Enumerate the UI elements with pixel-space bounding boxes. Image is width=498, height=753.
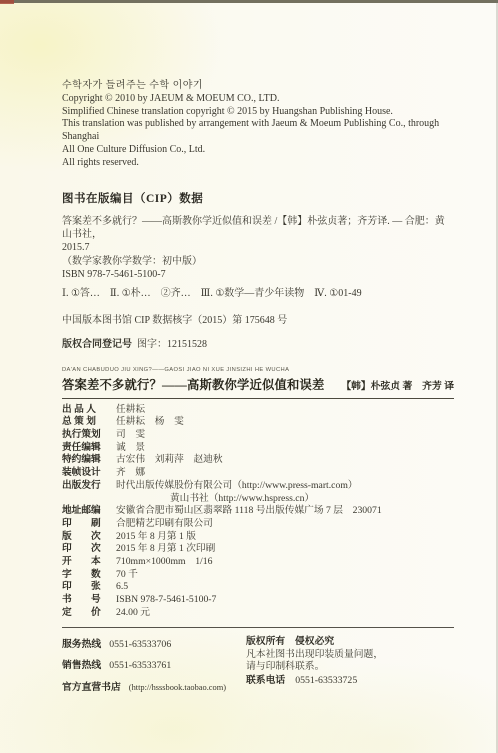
colophon-value: 6.5	[116, 581, 128, 594]
colophon-row: 责任编辑 诚 景	[62, 442, 454, 455]
colophon-label: 开 本	[62, 556, 116, 569]
registration-label: 版权合同登记号	[62, 339, 132, 350]
colophon-row: 开 本 710mm×1000mm 1/16	[62, 556, 454, 569]
colophon-row: 字 数 70 千	[62, 569, 454, 582]
colophon-row: 出 品 人 任耕耘	[62, 404, 454, 417]
colophon-value: 合肥精艺印刷有限公司	[116, 518, 213, 531]
title-bar: DA'AN CHABUDUO JIU XING?——GAOSI JIAO NI …	[62, 366, 454, 399]
copyright-registration: 版权合同登记号 图字：12151528	[62, 335, 454, 350]
hotline-value: 0551-63533706	[109, 639, 171, 650]
colophon-label: 版 次	[62, 531, 116, 544]
colophon-row: 定 价 24.00 元	[62, 607, 454, 620]
colophon-label: 印 刷	[62, 518, 116, 531]
korean-original-title: 수학자가 들려주는 수학 이야기	[62, 80, 454, 93]
footer-hotline-row: 服务热线 0551-63533706	[62, 636, 246, 650]
colophon-row: 出版发行 时代出版传媒股份有限公司（http://www.press-mart.…	[62, 480, 454, 505]
colophon-label: 装帧设计	[62, 467, 116, 480]
colophon-label: 总 策 划	[62, 416, 116, 429]
copyright-block: 수학자가 들려주는 수학 이야기 Copyright © 2010 by JAE…	[62, 80, 454, 170]
cip-line: 答案差不多就行？——高斯教你学近似值和误差 /【韩】朴弦贞著；齐芳译. — 合肥…	[62, 215, 454, 242]
notice-lines: 凡本社图书出现印装质量问题，请与印制科联系。	[246, 649, 383, 674]
colophon-value: 2015 年 8 月第 1 版	[116, 531, 196, 544]
colophon-label: 地址邮编	[62, 505, 116, 518]
colophon-value: 24.00 元	[116, 607, 150, 620]
cip-line: 2015.7	[62, 241, 454, 254]
cip-line: ISBN 978-7-5461-5100-7	[62, 268, 454, 281]
colophon-row: 印 刷 合肥精艺印刷有限公司	[62, 518, 454, 531]
colophon-value: ISBN 978-7-5461-5100-7	[116, 594, 216, 607]
registration-value: 图字：12151528	[137, 339, 207, 350]
footer: 服务热线 0551-63533706 销售热线 0551-63533761 官方…	[62, 636, 454, 701]
pinyin-title: DA'AN CHABUDUO JIU XING?——GAOSI JIAO NI …	[62, 366, 423, 372]
footer-hotline-row: 销售热线 0551-63533761	[62, 657, 246, 671]
footer-notice: 版权所有 侵权必究 凡本社图书出现印装质量问题，请与印制科联系。 联系电话055…	[246, 636, 383, 701]
colophon-label: 特约编辑	[62, 454, 116, 467]
hotline-value: (http://hsssbook.taobao.com)	[129, 683, 226, 692]
colophon-label: 出版发行	[62, 480, 116, 505]
hotline-label: 服务热线	[62, 636, 101, 650]
notice-line: 凡本社图书出现印装质量问题，	[246, 649, 383, 661]
title-divider	[62, 398, 454, 399]
notice-line: 请与印制科联系。	[246, 661, 383, 673]
colophon-label: 印 张	[62, 581, 116, 594]
colophon-row: 特约编辑 古宏伟 刘莉萍 赵迪秋	[62, 454, 454, 467]
colophon-row: 装帧设计 齐 娜	[62, 467, 454, 480]
colophon-label: 印 次	[62, 543, 116, 556]
colophon-value: 2015 年 8 月第 1 次印刷	[116, 543, 215, 556]
colophon-row: 总 策 划 任耕耘 杨 雯	[62, 416, 454, 429]
footer-hotline-row: 官方直营书店 (http://hsssbook.taobao.com)	[62, 679, 246, 693]
copyright-lines: Copyright © 2010 by JAEUM & MOEUM CO., L…	[62, 93, 454, 170]
colophon-value: 齐 娜	[116, 467, 145, 480]
colophon-label: 执行策划	[62, 429, 116, 442]
copyright-notice-title: 版权所有 侵权必究	[246, 636, 383, 648]
title-row: 答案差不多就行？——高斯教你学近似值和误差 【韩】朴弦贞 著 齐芳 译	[62, 375, 454, 393]
author-credit: 【韩】朴弦贞 著 齐芳 译	[341, 378, 454, 392]
contact-label: 联系电话	[246, 675, 285, 686]
cip-heading: 图书在版编目（CIP）数据	[62, 190, 454, 206]
colophon-value: 710mm×1000mm 1/16	[116, 556, 212, 569]
scan-edge-top	[0, 0, 498, 3]
colophon-value: 司 雯	[116, 429, 145, 442]
colophon-label: 字 数	[62, 569, 116, 582]
cip-classification: Ⅰ. ①答… Ⅱ. ①朴… ②齐… Ⅲ. ①数学—青少年读物 Ⅳ. ①01-49	[62, 287, 454, 300]
colophon-row: 地址邮编 安徽省合肥市蜀山区翡翠路 1118 号出版传媒广场 7 层 23007…	[62, 505, 454, 518]
colophon-row: 印 张 6.5	[62, 581, 454, 594]
page-content: 수학자가 들려주는 수학 이야기 Copyright © 2010 by JAE…	[62, 80, 454, 700]
hotline-label: 销售热线	[62, 657, 101, 671]
copyright-line: All One Culture Diffusion Co., Ltd.	[62, 144, 454, 157]
colophon-label: 责任编辑	[62, 442, 116, 455]
colophon-row: 印 次 2015 年 8 月第 1 次印刷	[62, 543, 454, 556]
scan-edge-red-mark	[0, 0, 14, 4]
cip-line: （数学家教你学数学：初中版）	[62, 255, 454, 268]
colophon-label: 书 号	[62, 594, 116, 607]
copyright-line: Simplified Chinese translation copyright…	[62, 106, 454, 119]
book-copyright-page: 수학자가 들려주는 수학 이야기 Copyright © 2010 by JAE…	[0, 0, 498, 753]
copyright-line: Copyright © 2010 by JAEUM & MOEUM CO., L…	[62, 93, 454, 106]
colophon-row: 版 次 2015 年 8 月第 1 版	[62, 531, 454, 544]
colophon-value: 任耕耘 杨 雯	[116, 416, 184, 429]
colophon-value: 安徽省合肥市蜀山区翡翠路 1118 号出版传媒广场 7 层 230071	[116, 505, 382, 518]
copyright-line: This translation was published by arrang…	[62, 118, 454, 144]
colophon-value: 任耕耘	[116, 404, 145, 417]
cip-block: 图书在版编目（CIP）数据 答案差不多就行？——高斯教你学近似值和误差 /【韩】…	[62, 190, 454, 350]
contact-value: 0551-63533725	[295, 675, 357, 686]
colophon-row: 执行策划 司 雯	[62, 429, 454, 442]
footer-hotlines: 服务热线 0551-63533706 销售热线 0551-63533761 官方…	[62, 636, 246, 701]
cip-record-number: 中国版本图书馆 CIP 数据核字（2015）第 175648 号	[62, 311, 454, 326]
colophon-value: 诚 景	[116, 442, 145, 455]
contact-row: 联系电话0551-63533725	[246, 675, 383, 687]
colophon-value: 时代出版传媒股份有限公司（http://www.press-mart.com）黄…	[116, 480, 358, 505]
colophon-value: 70 千	[116, 569, 138, 582]
colophon-row: 书 号 ISBN 978-7-5461-5100-7	[62, 594, 454, 607]
colophon-value: 古宏伟 刘莉萍 赵迪秋	[116, 454, 223, 467]
book-title: 答案差不多就行？——高斯教你学近似值和误差	[62, 375, 324, 393]
hotline-value: 0551-63533761	[109, 660, 171, 671]
colophon-label: 定 价	[62, 607, 116, 620]
colophon-table: 出 品 人 任耕耘 总 策 划 任耕耘 杨 雯 执行策划 司 雯 责任编辑 诚 …	[62, 404, 454, 620]
copyright-line: All rights reserved.	[62, 157, 454, 170]
hotline-label: 官方直营书店	[62, 679, 121, 693]
footer-divider	[62, 627, 454, 628]
cip-body: 答案差不多就行？——高斯教你学近似值和误差 /【韩】朴弦贞著；齐芳译. — 合肥…	[62, 215, 454, 282]
colophon-label: 出 品 人	[62, 404, 116, 417]
